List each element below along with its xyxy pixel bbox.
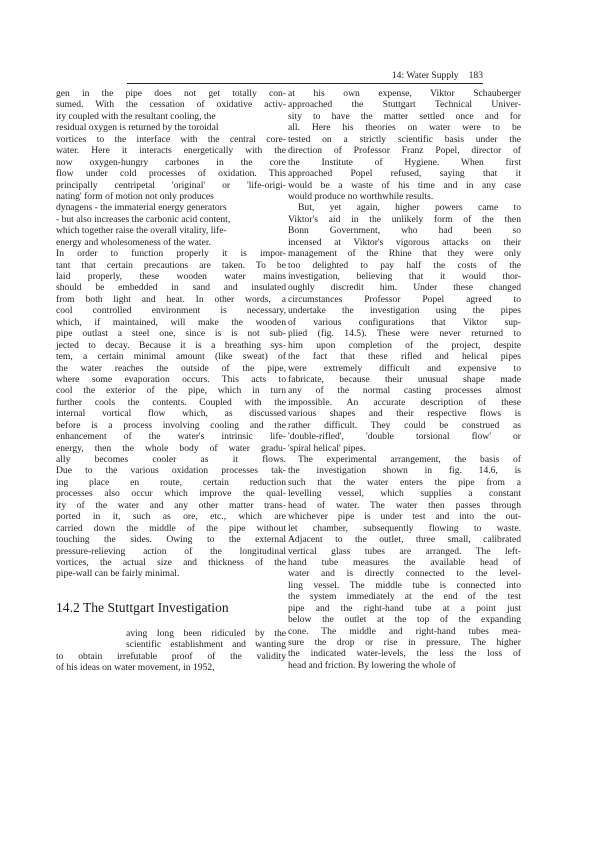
text-line: should be embedded in sand and insulated: [56, 282, 286, 293]
text-line: now oxygen-hungry carbones in the core: [56, 157, 286, 168]
text-line: processes also occur which improve the q…: [56, 488, 286, 499]
text-line: water. Here it interacts energetically w…: [56, 145, 286, 156]
text-line: cool controlled environment is necessary…: [56, 305, 286, 316]
running-header: 14: Water Supply183: [127, 70, 483, 84]
text-line: the water reaches the outside of the pip…: [56, 363, 286, 374]
text-line: aving long been ridiculed by the: [56, 628, 286, 639]
text-line: of various configurations that Viktor su…: [288, 317, 521, 328]
text-line: 'spiral helical' pipes.: [288, 443, 521, 454]
text-line: incensed at Viktor's vigorous attacks on…: [288, 237, 521, 248]
text-line: tested on a strictly scientific basis un…: [288, 134, 521, 145]
text-line: The experimental arrangement, the basis …: [288, 454, 521, 465]
text-line: head and friction. By lowering the whole…: [288, 660, 521, 671]
text-line: him upon completion of the project, desp…: [288, 340, 521, 351]
text-line: were extremely difficult and expensive t…: [288, 363, 521, 374]
text-line: investigation, believing that it would t…: [288, 271, 521, 282]
text-line: plied (fig. 14.5). These were never retu…: [288, 328, 521, 339]
text-line: head of water. The water then passes thr…: [288, 500, 521, 511]
text-line: let chamber, subsequently flowing to was…: [288, 523, 521, 534]
text-line: dynagens - the immaterial energy generat…: [56, 202, 286, 213]
text-line: would be a waste of his time and in any …: [288, 180, 521, 191]
text-line: before is a process involving cooling an…: [56, 420, 286, 431]
text-line: the Institute of Hygiene. When first: [288, 157, 521, 168]
text-line: Adjacent to the outlet, three small, cal…: [288, 534, 521, 545]
text-line: pipe and the right-hand tube at a point …: [288, 603, 521, 614]
text-line: tem, a certain minimal amount (like swea…: [56, 351, 286, 362]
text-line: principally centripetal 'original' or 'l…: [56, 180, 286, 191]
text-line: scientific establishment and wanting: [56, 639, 286, 650]
text-line: sity to have the matter settled once and…: [288, 111, 521, 122]
right-column: at his own expense, Viktor Schaubergerap…: [288, 88, 521, 671]
left-body-text: gen in the pipe does not get totally con…: [56, 88, 286, 580]
text-line: ing place en route, certain reduction: [56, 477, 286, 488]
text-line: internal vortical flow which, as discuss…: [56, 408, 286, 419]
text-line: oughly discredit him. Under these change…: [288, 282, 521, 293]
text-line: undertake the investigation using the pi…: [288, 305, 521, 316]
text-line: gen in the pipe does not get totally con…: [56, 88, 286, 99]
text-line: hand tube measures the available head of: [288, 557, 521, 568]
text-line: various shapes and their respective flow…: [288, 408, 521, 419]
text-line: impossible. An accurate description of t…: [288, 397, 521, 408]
text-line: Due to the various oxidation processes t…: [56, 465, 286, 476]
text-line: management of the Rhine that they were o…: [288, 248, 521, 259]
text-line: touching the sides. Owing to the externa…: [56, 534, 286, 545]
text-line: direction of Professor Franz Popel, dire…: [288, 145, 521, 156]
text-line: jected to decay. Because it is a breathi…: [56, 340, 286, 351]
text-line: pipe-wall can be fairly minimal.: [56, 568, 286, 579]
text-line: residual oxygen is returned by the toroi…: [56, 122, 286, 133]
right-body-text: at his own expense, Viktor Schaubergerap…: [288, 88, 521, 671]
text-line: flow under cold processes of oxidation. …: [56, 168, 286, 179]
text-line: ling vessel. The middle tube is connecte…: [288, 580, 521, 591]
text-line: which together raise the overall vitalit…: [56, 225, 286, 236]
text-line: In order to function properly it is impo…: [56, 248, 286, 259]
text-line: vertical glass tubes are arranged. The l…: [288, 546, 521, 557]
text-line: the investigation shown in fig. 14.6, is: [288, 465, 521, 476]
text-line: sumed. With the cessation of oxidative a…: [56, 99, 286, 110]
text-line: further cools the contents. Coupled with…: [56, 397, 286, 408]
text-line: the fact that these rifled and helical p…: [288, 351, 521, 362]
text-line: cool the exterior of the pipe, which in …: [56, 385, 286, 396]
text-line: levelling vessel, which supplies a const…: [288, 488, 521, 499]
text-line: any of the normal casting processes almo…: [288, 385, 521, 396]
text-line: at his own expense, Viktor Schauberger: [288, 88, 521, 99]
text-line: the system immediately at the end of the…: [288, 591, 521, 602]
text-line: from both light and heat. In other words…: [56, 294, 286, 305]
text-line: whichever pipe is under test and into th…: [288, 511, 521, 522]
text-line: where some evaporation occurs. This acts…: [56, 374, 286, 385]
text-line: which, if maintained, will make the wood…: [56, 317, 286, 328]
text-line: vortices to the interface with the centr…: [56, 134, 286, 145]
page-number: 183: [469, 70, 483, 81]
text-line: below the outlet at the top of the expan…: [288, 614, 521, 625]
text-line: approached the Stuttgart Technical Unive…: [288, 99, 521, 110]
text-line: fabricate, because their unusual shape m…: [288, 374, 521, 385]
text-line: would produce no worthwhile results.: [288, 191, 521, 202]
text-line: pipe outlast a steel one, since is is no…: [56, 328, 286, 339]
section-heading: 14.2 The Stuttgart Investigation: [56, 600, 286, 616]
text-line: all. Here his theories on water were to …: [288, 122, 521, 133]
text-line: to obtain irrefutable proof of the valid…: [56, 651, 286, 662]
text-line: Viktor's aid in the unlikely form of the…: [288, 214, 521, 225]
text-line: nating' form of motion not only produces: [56, 191, 286, 202]
text-line: laid properly, these wooden water mains: [56, 271, 286, 282]
text-line: ity coupled with the resultant cooling, …: [56, 111, 286, 122]
text-line: of his ideas on water movement, in 1952,: [56, 662, 286, 673]
text-line: energy and wholesomeness of the water.: [56, 237, 286, 248]
text-line: - but also increases the carbonic acid c…: [56, 214, 286, 225]
text-line: energy, then the whole body of water gra…: [56, 443, 286, 454]
text-line: 'double-rifled', 'double torsional flow'…: [288, 431, 521, 442]
text-line: sure the drop or rise in pressure. The h…: [288, 637, 521, 648]
text-line: vortices, the actual size and thickness …: [56, 557, 286, 568]
text-line: pressure-relieving action of the longitu…: [56, 546, 286, 557]
text-line: carried down the middle of the pipe with…: [56, 523, 286, 534]
text-line: ally becomes cooler as it flows.: [56, 454, 286, 465]
text-line: Bonn Government, who had been so: [288, 225, 521, 236]
text-line: too delighted to pay half the costs of t…: [288, 260, 521, 271]
text-line: such that the water enters the pipe from…: [288, 477, 521, 488]
running-title: 14: Water Supply: [392, 70, 459, 81]
text-line: But, yet again, higher powers came to: [288, 202, 521, 213]
text-line: ity of the water and any other matter tr…: [56, 500, 286, 511]
text-line: tant that certain precautions are taken.…: [56, 260, 286, 271]
text-line: approached Popel refused, saying that it: [288, 168, 521, 179]
text-line: enhancement of the water's intrinsic lif…: [56, 431, 286, 442]
text-line: rather difficult. They could be construe…: [288, 420, 521, 431]
text-line: ported in it, such as ore, etc., which a…: [56, 511, 286, 522]
text-line: cone. The middle and right-hand tubes me…: [288, 626, 521, 637]
text-line: the indicated water-levels, the less the…: [288, 648, 521, 659]
section-intro-text: aving long been ridiculed by thescientif…: [56, 628, 286, 674]
left-column: gen in the pipe does not get totally con…: [56, 88, 286, 674]
text-line: water and is directly connected to the l…: [288, 568, 521, 579]
text-line: circumstances Professor Popel agreed to: [288, 294, 521, 305]
